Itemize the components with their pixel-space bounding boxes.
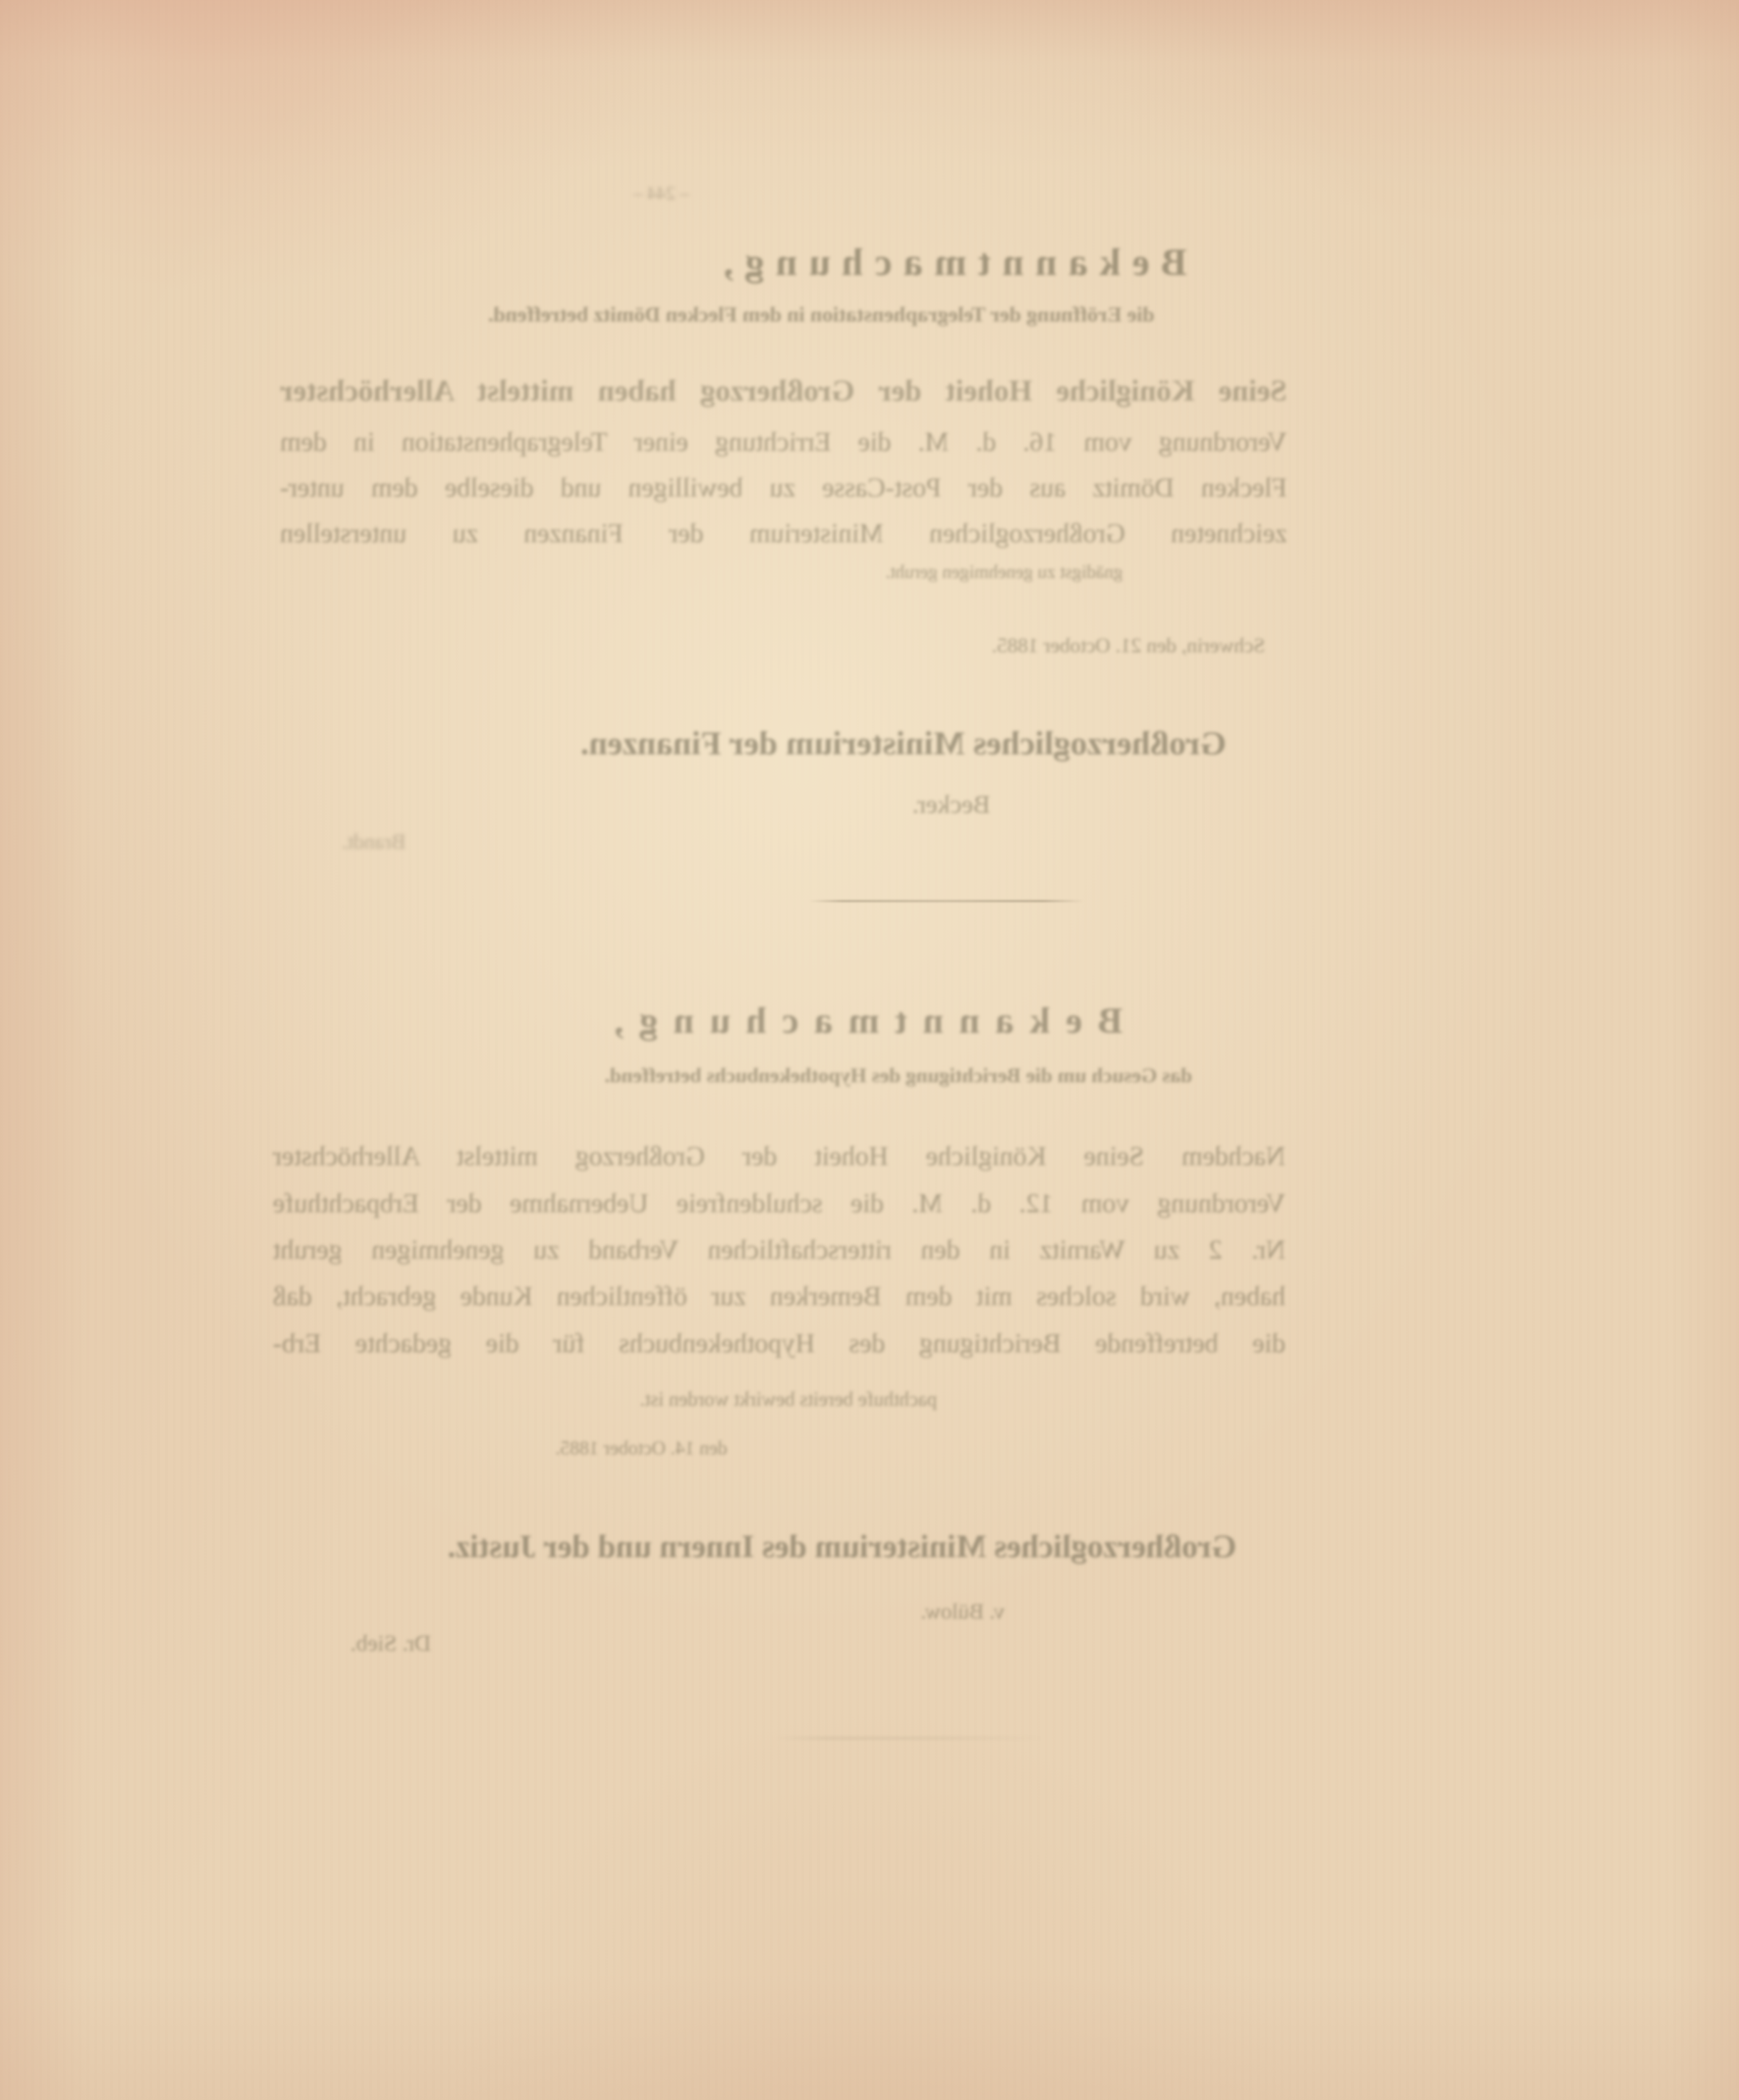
notice1-countersignature: Brandt. xyxy=(322,830,426,855)
notice1-paragraph-line: Flecken Dömitz aus der Post-Casse zu bew… xyxy=(280,473,1287,509)
notice1-closing-line: gnädigst zu genehmigen geruht. xyxy=(878,561,1130,583)
scanned-page: – 244 – Bekanntmachung, die Eröffnung de… xyxy=(0,0,1739,2100)
notice2-paragraph-line: Nachdem Seine Königliche Hoheit der Groß… xyxy=(273,1141,1286,1177)
notice2-subtitle: das Gesuch um die Berichtigung des Hypot… xyxy=(525,1064,1272,1088)
ghost-rule xyxy=(775,1737,1045,1739)
notice2-ministry-heading: Großherzogliches Ministerium des Innern … xyxy=(409,1529,1276,1566)
notice2-signature: v. Bülow. xyxy=(898,1599,1027,1624)
notice2-paragraph-line: haben, wird solches mit dem Bemerken zur… xyxy=(273,1281,1286,1317)
notice2-closing-line: pachthufe bereits bewirkt worden ist. xyxy=(576,1389,1001,1411)
notice2-paragraph-line: die betreffende Berichtigung des Hypothe… xyxy=(273,1329,1286,1364)
notice2-date-line: den 14. October 1885. xyxy=(545,1437,738,1459)
notice1-subtitle: die Eröffnung der Telegraphenstation in … xyxy=(457,303,1186,328)
notice2-paragraph-line: Verordnung vom 12. d. M. die schuldenfre… xyxy=(273,1189,1286,1224)
section-divider-rule xyxy=(809,900,1084,902)
notice2-countersignature: Dr. Sieb. xyxy=(323,1630,458,1656)
notice1-paragraph-line: Verordnung vom 16. d. M. die Errichtung … xyxy=(280,427,1287,463)
notice1-paragraph-line: Seine Königliche Hoheit der Großherzog h… xyxy=(280,374,1287,414)
notice1-signature: Becker. xyxy=(880,790,1023,819)
notice2-heading: Bekanntmachung, xyxy=(643,1000,1123,1043)
notice1-date-line: Schwerin, den 21. October 1885. xyxy=(975,634,1282,658)
notice1-paragraph-line: zeichneten Großherzoglichen Ministerium … xyxy=(280,519,1287,554)
notice2-paragraph-line: Nr. 2 zu Warnitz in den ritterschaftlich… xyxy=(273,1235,1286,1271)
page-number-ghost: – 244 – xyxy=(603,183,689,204)
notice1-heading: Bekanntmachung, xyxy=(697,240,1202,284)
notice1-ministry-heading: Großherzogliches Ministerium der Finanze… xyxy=(550,724,1257,763)
